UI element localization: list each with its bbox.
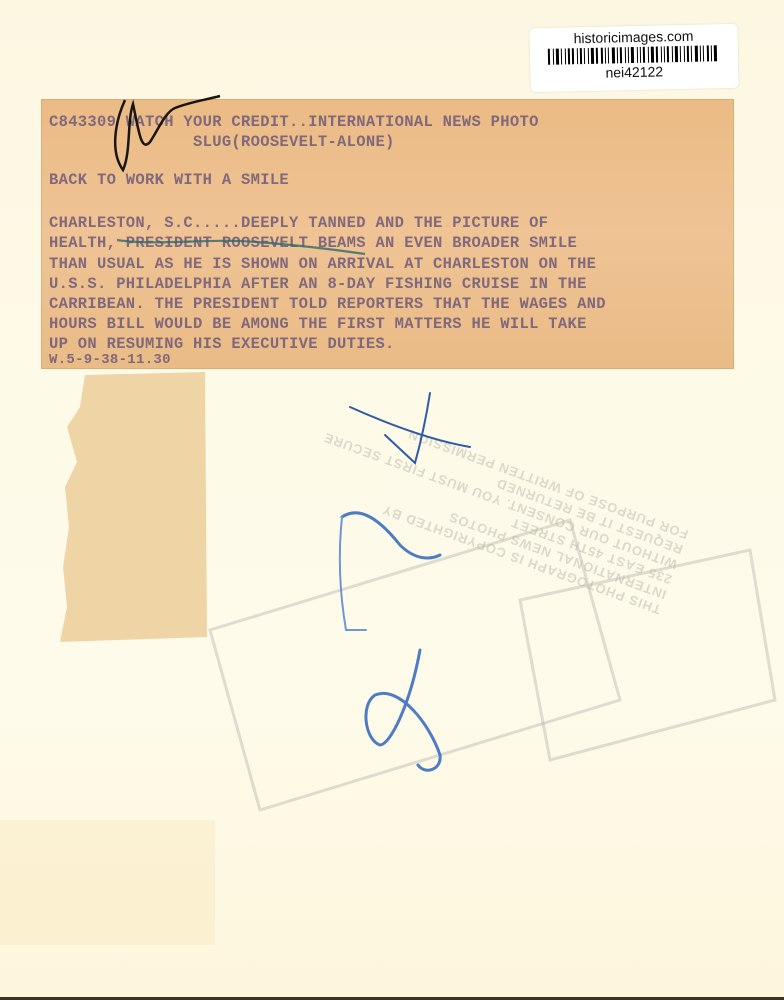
ink-initials-icon [95, 92, 225, 180]
caption-line-body: UP ON RESUMING HIS EXECUTIVE DUTIES. [49, 335, 395, 353]
caption-line-date: W.5-9-38-11.30 [49, 352, 171, 368]
caption-line-body: HOURS BILL WOULD BE AMONG THE FIRST MATT… [49, 315, 587, 333]
torn-paper-remnant [55, 367, 210, 647]
sticker-site: historicimages.com [529, 27, 737, 47]
blue-pencil-numbers-icon [330, 385, 500, 785]
paper-stain [0, 820, 215, 945]
caption-line-body: CARRIBEAN. THE PRESIDENT TOLD REPORTERS … [49, 295, 606, 313]
caption-line-body: CHARLESTON, S.C.....DEEPLY TANNED AND TH… [49, 214, 548, 232]
caption-line-body: U.S.S. PHILADELPHIA AFTER AN 8-DAY FISHI… [49, 275, 587, 293]
barcode-sticker: historicimages.com nei42122 [529, 24, 738, 92]
sticker-code: nei42122 [530, 62, 738, 82]
blue-underline-icon [117, 236, 367, 258]
